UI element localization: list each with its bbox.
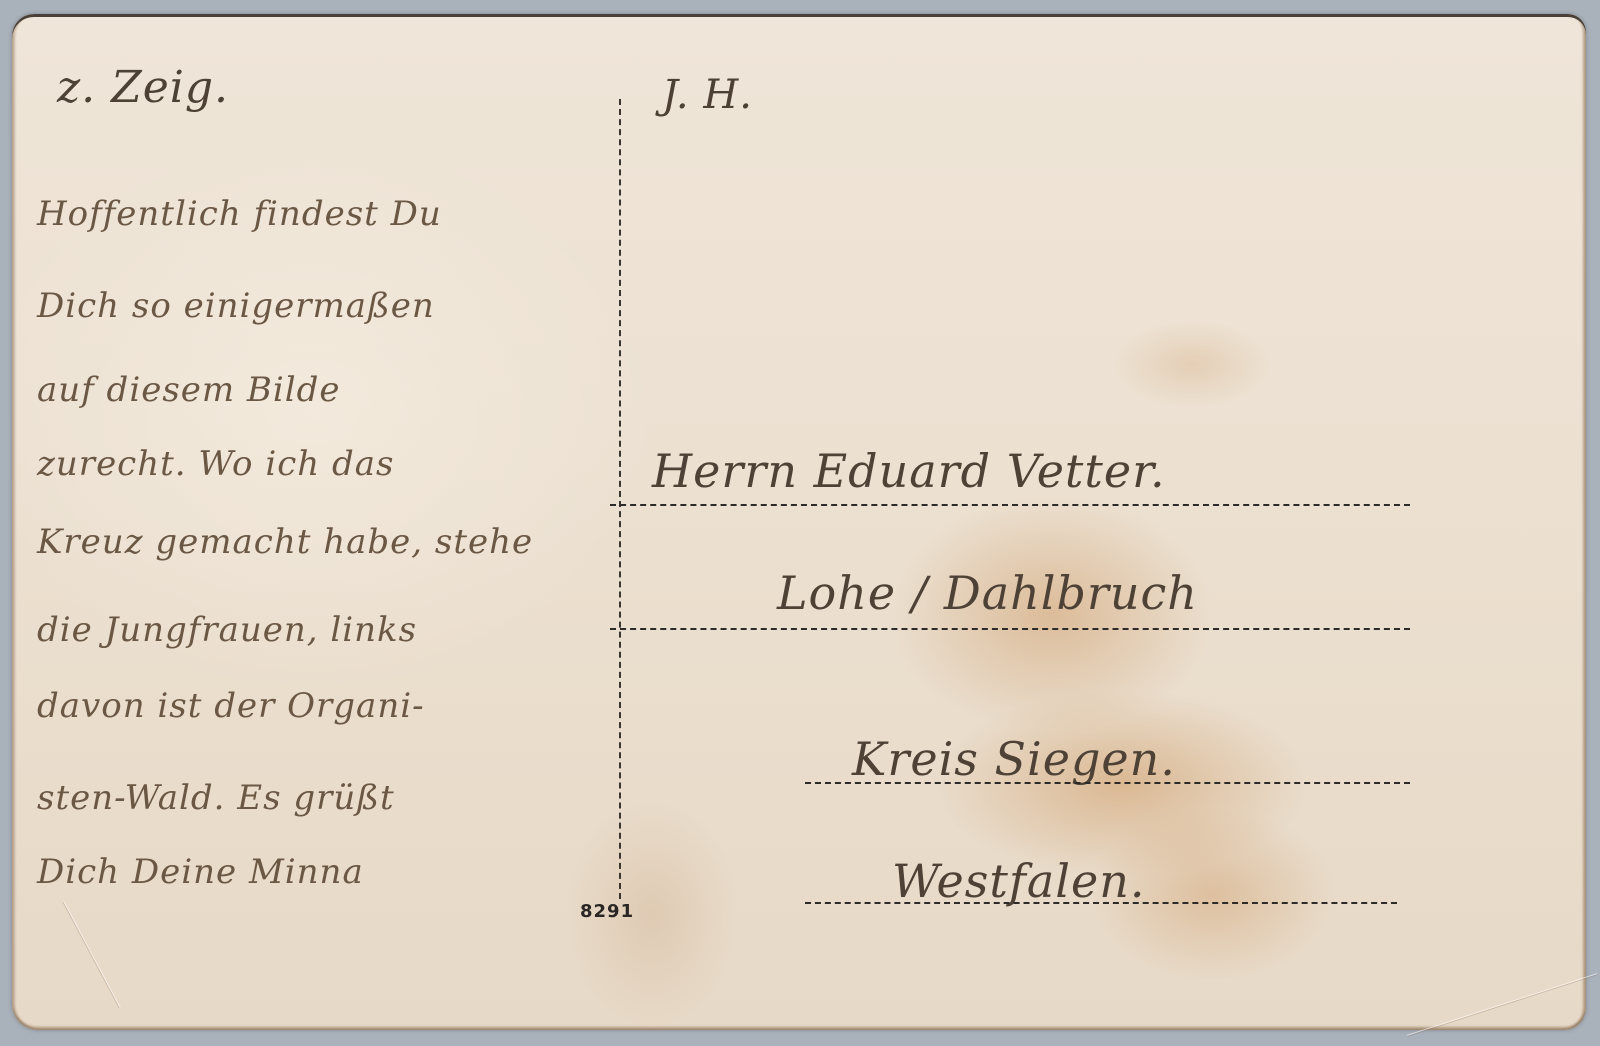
- postcard-back: z. Zeig. Hoffentlich findest Du Dich so …: [12, 14, 1586, 1030]
- corner-note-message: z. Zeig.: [57, 62, 229, 113]
- message-line: Dich so einigermaßen: [37, 286, 435, 326]
- address-town: Lohe / Dahlbruch: [777, 566, 1198, 620]
- print-number: 8291: [580, 901, 634, 922]
- message-line: auf diesem Bilde: [37, 370, 341, 410]
- message-line: die Jungfrauen, links: [37, 610, 417, 650]
- message-line: Hoffentlich findest Du: [37, 194, 442, 234]
- divider-line: [619, 99, 621, 899]
- address-district: Kreis Siegen.: [852, 732, 1176, 786]
- message-line: davon ist der Organi-: [37, 686, 425, 726]
- address-region: Westfalen.: [892, 854, 1145, 908]
- address-rule: [805, 902, 1397, 904]
- corner-note-address: J. H.: [662, 72, 753, 118]
- paper-crease: [1407, 973, 1598, 1036]
- address-recipient: Herrn Eduard Vetter.: [652, 444, 1166, 498]
- message-line: zurecht. Wo ich das: [37, 444, 394, 484]
- message-line: Dich Deine Minna: [37, 852, 364, 892]
- address-rule: [805, 782, 1410, 784]
- paper-crease: [63, 901, 120, 1007]
- address-rule: [610, 628, 1410, 630]
- message-line: Kreuz gemacht habe, stehe: [37, 522, 533, 562]
- address-rule: [610, 504, 1410, 506]
- message-line: sten-Wald. Es grüßt: [37, 778, 395, 818]
